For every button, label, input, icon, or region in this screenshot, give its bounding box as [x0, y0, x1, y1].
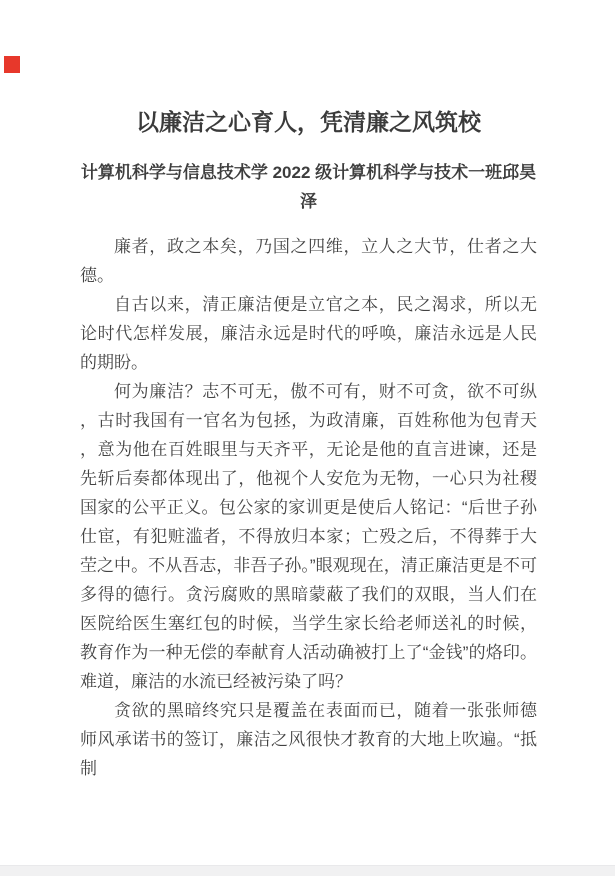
- body-paragraph: 何为廉洁？志不可无，傲不可有，财不可贪，欲不可纵，古时我国有一官名为包拯，为政清…: [80, 377, 537, 696]
- document-body: 廉者，政之本矣，乃国之四维，立人之大节，仕者之大德。 自古以来，清正廉洁便是立官…: [80, 232, 537, 783]
- document-page: 以廉洁之心育人，凭清廉之风筑校 计算机科学与信息技术学 2022 级计算机科学与…: [0, 0, 615, 876]
- document-content: 以廉洁之心育人，凭清廉之风筑校 计算机科学与信息技术学 2022 级计算机科学与…: [80, 0, 537, 783]
- red-stamp-marker: [4, 56, 20, 73]
- body-paragraph: 廉者，政之本矣，乃国之四维，立人之大节，仕者之大德。: [80, 232, 537, 290]
- document-byline: 计算机科学与信息技术学 2022 级计算机科学与技术一班邱昊泽: [80, 158, 537, 216]
- page-bottom-edge: [0, 865, 615, 876]
- document-title: 以廉洁之心育人，凭清廉之风筑校: [80, 0, 537, 138]
- body-paragraph: 自古以来，清正廉洁便是立官之本，民之渴求，所以无论时代怎样发展，廉洁永远是时代的…: [80, 290, 537, 377]
- body-paragraph: 贪欲的黑暗终究只是覆盖在表面而已，随着一张张师德师风承诺书的签订，廉洁之风很快才…: [80, 696, 537, 783]
